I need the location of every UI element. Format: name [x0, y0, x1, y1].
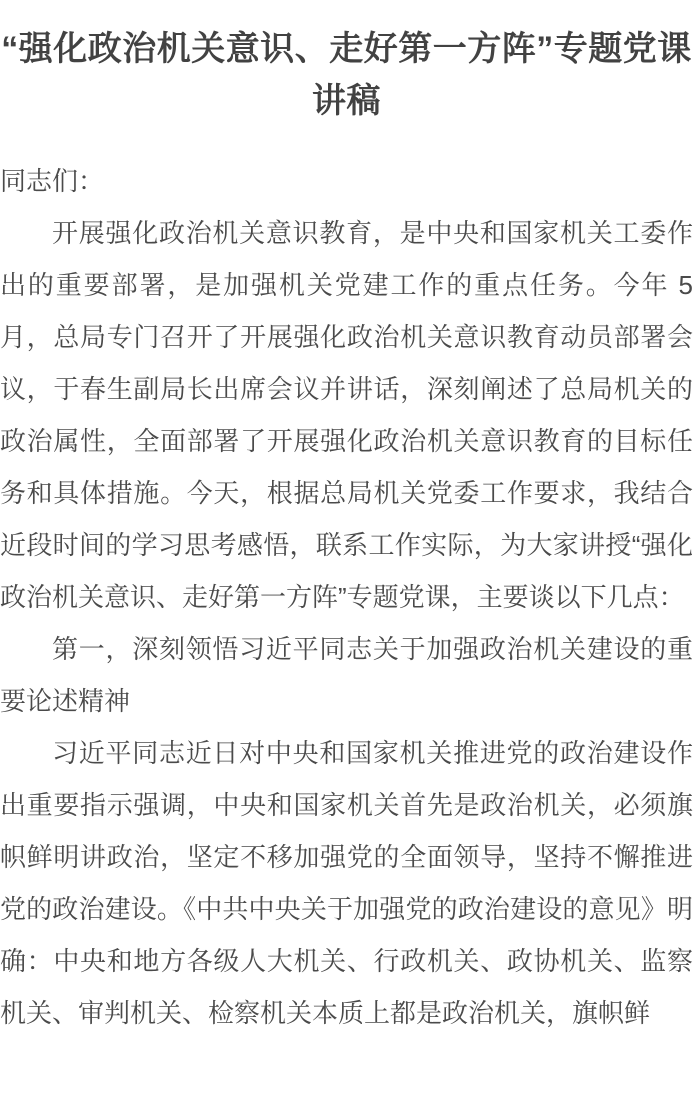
document-title: “强化政治机关意识、走好第一方阵”专题党课讲稿	[0, 23, 693, 127]
section-heading-paragraph: 第一，深刻领悟习近平同志关于加强政治机关建设的重要论述精神	[0, 623, 693, 727]
document-page: “强化政治机关意识、走好第一方阵”专题党课讲稿 同志们： 开展强化政治机关意识教…	[0, 0, 693, 1097]
salutation-paragraph: 同志们：	[0, 155, 693, 207]
intro-paragraph: 开展强化政治机关意识教育，是中央和国家机关工委作出的重要部署，是加强机关党建工作…	[0, 207, 693, 623]
body-paragraph: 习近平同志近日对中央和国家机关推进党的政治建设作出重要指示强调，中央和国家机关首…	[0, 727, 693, 1039]
